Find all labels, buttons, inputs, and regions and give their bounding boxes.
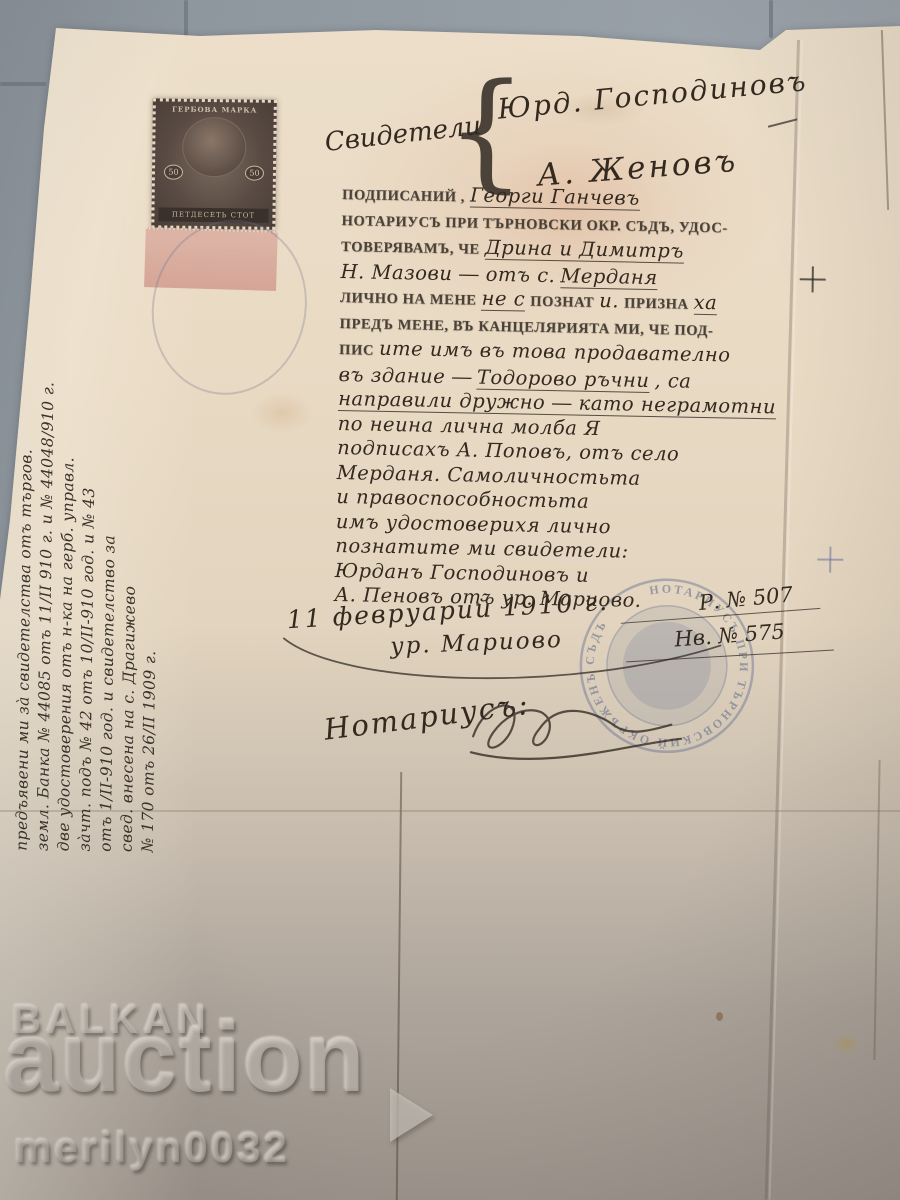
text-segment: Н. Мазови ― отъ с. (340, 260, 555, 287)
text-segment: ПРЕДЪ МЕНЕ, ВЪ КАНЦЕЛЯРИЯТА МИ, ЧЕ ПОД- (339, 316, 713, 339)
stamp-value-right: 50 (245, 165, 264, 180)
text-segment: ПОЗНАТ (530, 294, 594, 311)
play-triangle-icon (390, 1088, 433, 1142)
text-segment: по неина лична молба Я (338, 411, 601, 439)
text-segment: Дрина и Димитръ (485, 236, 684, 264)
text-segment: ПРИЗНА (624, 295, 689, 312)
notary-signature (459, 678, 700, 776)
text-segment: ха (693, 291, 717, 315)
text-segment: и. (599, 289, 619, 312)
text-segment: и правоспособностьта (336, 485, 589, 513)
text-segment: , са (654, 369, 691, 393)
text-segment: ПОДПИСАНИЙ , (342, 187, 465, 205)
margin-annotation: предъявени ми за̀ свидетелства отъ търго… (12, 55, 172, 853)
stamp-denomination-text: ПЕТДЕСЕТЬ СТОТ (158, 207, 268, 222)
text-segment: Юрданъ Господиновъ и (335, 558, 590, 586)
ink-dash-mark (768, 118, 798, 127)
text-segment: Георги Ганчевъ (470, 183, 640, 210)
witness-signature-1: Юрд. Господиновъ (496, 64, 809, 126)
watermark-brand-main: auction (4, 1006, 366, 1109)
notarial-body-text: ПОДПИСАНИЙ , Георги ГанчевъНОТАРИУСЪ ПРИ… (334, 181, 812, 616)
text-segment: Тодорово ръчни (477, 365, 650, 392)
text-segment: имъ удостоверихя лично (336, 509, 612, 537)
text-segment: ТОВЕРЯВАМЪ, ЧЕ (341, 239, 480, 258)
text-segment: Мерданя (560, 264, 658, 290)
text-segment: не с (481, 287, 525, 312)
stamp-header-text: ГЕРБОВА МАРКА (172, 105, 257, 115)
text-segment: познатите ми свидетели: (335, 534, 629, 563)
text-segment: ЛИЧНО НА МЕНЕ (340, 290, 477, 309)
text-segment: въ здание ― (338, 362, 472, 388)
text-segment: ПИС (339, 342, 374, 359)
photo-of-notary-document: ГЕРБОВА МАРКА 50 50 ПЕТДЕСЕТЬ СТОТ Свиде… (0, 0, 900, 1200)
watermark-username: merilyn0032 (14, 1124, 290, 1172)
stamp-values: 50 50 (164, 164, 264, 180)
text-segment: НОТАРИУСЪ ПРИ ТЪРНОВСКИ ОКР. СЪДЪ, УДОС- (341, 213, 727, 236)
